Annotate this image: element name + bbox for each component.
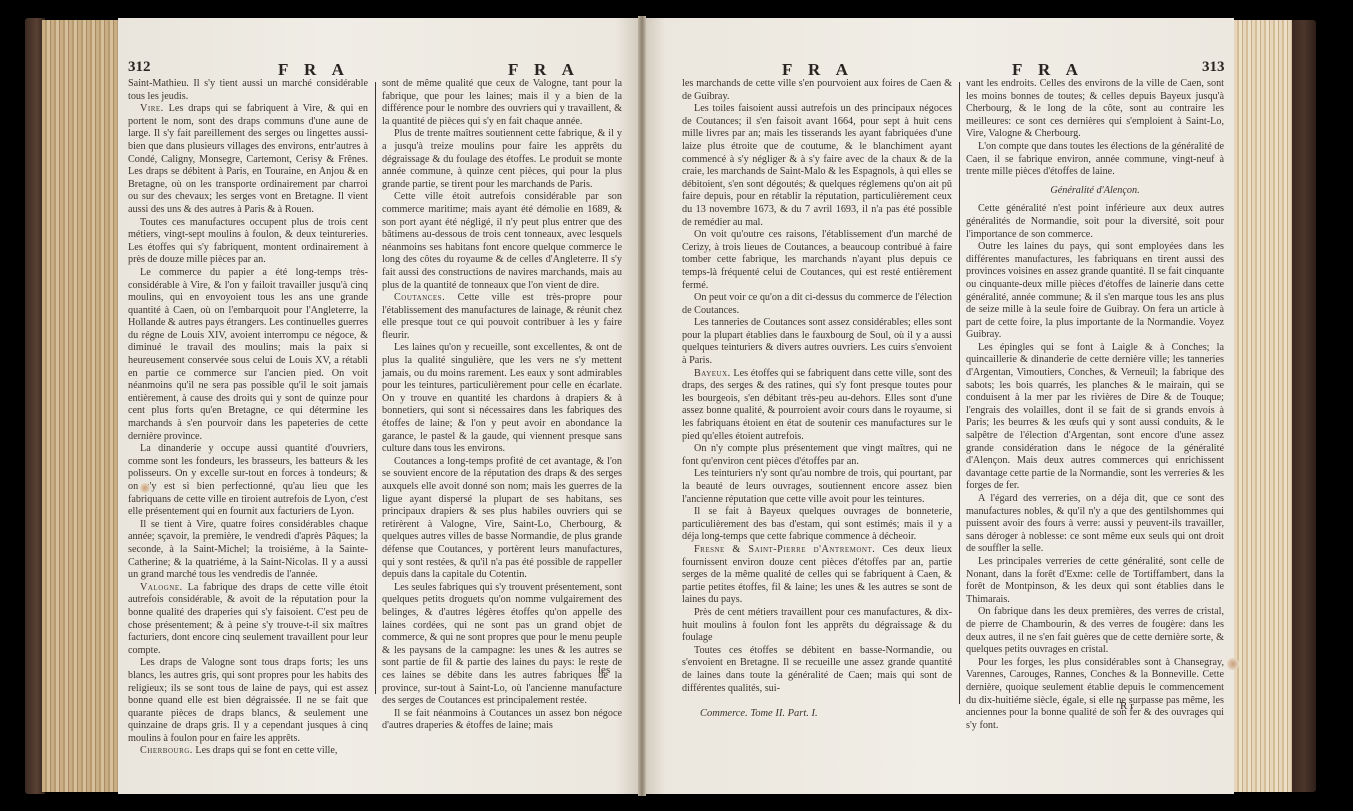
- paragraph: Les principales verreries de cette génér…: [966, 556, 1224, 606]
- right-page-column-1: les marchands de cette ville s'en pourvo…: [682, 78, 952, 695]
- running-head-right-1: F R A: [782, 60, 854, 80]
- paragraph-text: Toutes ces manufactures occupent plus de…: [128, 217, 368, 266]
- running-head-right-2: F R A: [1012, 60, 1084, 80]
- paragraph-text: La dinanderie y occupe aussi quantité d'…: [128, 443, 368, 517]
- paragraph-text: Outre les laines du pays, qui sont emplo…: [966, 241, 1224, 340]
- paragraph-text: On n'y compte plus présentement que ving…: [682, 443, 952, 467]
- paragraph-text: les marchands de cette ville s'en pourvo…: [682, 78, 952, 102]
- entry-term: Cherbourg.: [140, 745, 193, 756]
- paragraph: Valogne. La fabrique des draps de cette …: [128, 582, 368, 658]
- running-head-left-2: F R A: [508, 60, 580, 80]
- paragraph-text: Toutes ces étoffes se débitent en basse-…: [682, 645, 952, 694]
- paragraph: Toutes ces manufactures occupent plus de…: [128, 217, 368, 267]
- paragraph: Il se tient à Vire, quatre foires consid…: [128, 519, 368, 582]
- paragraph: Coutances. Cette ville est très-propre p…: [382, 292, 622, 342]
- paragraph: Toutes ces étoffes se débitent en basse-…: [682, 645, 952, 695]
- book-gutter: [638, 16, 646, 796]
- left-page: 312 F R A F R A Saint-Mathieu. Il s'y ti…: [118, 18, 642, 794]
- paragraph: sont de même qualité que ceux de Valogne…: [382, 78, 622, 128]
- paragraph-text: vant les endroits. Celles des environs d…: [966, 78, 1224, 139]
- entry-term: Fresne & Saint-Pierre d'Antremont.: [694, 544, 875, 555]
- entry-term: Vire.: [140, 103, 164, 114]
- paragraph: Il se fait à Bayeux quelques ouvrages de…: [682, 506, 952, 544]
- paragraph-text: Les draps qui se font en cette ville,: [193, 745, 338, 756]
- paragraph: Les teinturiers n'y sont qu'au nombre de…: [682, 468, 952, 506]
- right-page-edges: [1234, 20, 1294, 792]
- signature-mark: R r: [1120, 700, 1134, 712]
- paragraph-text: Saint-Mathieu. Il s'y tient aussi un mar…: [128, 78, 368, 102]
- paragraph: Cette généralité n'est point inférieure …: [966, 203, 1224, 241]
- entry-term: Valogne.: [140, 582, 183, 593]
- foxing-spot: [140, 483, 150, 493]
- paragraph-text: On peut voir ce qu'on a dit ci-dessus du…: [682, 292, 952, 316]
- paragraph-text: On voit qu'outre ces raisons, l'établiss…: [682, 229, 952, 290]
- running-head-left-1: F R A: [278, 60, 350, 80]
- paragraph-text: Il se fait néanmoins à Coutances un asse…: [382, 708, 622, 732]
- paragraph-text: Les laines qu'on y recueille, sont excel…: [382, 342, 622, 454]
- paragraph-text: sont de même qualité que ceux de Valogne…: [382, 78, 622, 127]
- paragraph: Les seules fabriques qui s'y trouvent pr…: [382, 582, 622, 708]
- paragraph: On fabrique dans les deux premières, des…: [966, 606, 1224, 656]
- paragraph: Les draps de Valogne sont tous draps for…: [128, 657, 368, 745]
- paragraph: Pour les forges, les plus considérables …: [966, 657, 1224, 733]
- paragraph: vant les endroits. Celles des environs d…: [966, 78, 1224, 141]
- paragraph: Bayeux. Les étoffes qui se fabriquent da…: [682, 368, 952, 444]
- right-page-column-2: vant les endroits. Celles des environs d…: [966, 78, 1224, 732]
- paragraph: La dinanderie y occupe aussi quantité d'…: [128, 443, 368, 519]
- paragraph-text: Il se fait à Bayeux quelques ouvrages de…: [682, 506, 952, 542]
- paragraph: Plus de trente maîtres soutiennent cette…: [382, 128, 622, 191]
- paragraph: On peut voir ce qu'on a dit ci-dessus du…: [682, 292, 952, 317]
- paragraph: L'on compte que dans toutes les élection…: [966, 141, 1224, 179]
- left-page-column-2: sont de même qualité que ceux de Valogne…: [382, 78, 622, 733]
- section-subheading: Généralité d'Alençon.: [966, 185, 1224, 198]
- left-page-column-1: Saint-Mathieu. Il s'y tient aussi un mar…: [128, 78, 368, 758]
- paragraph-text: Les seules fabriques qui s'y trouvent pr…: [382, 582, 622, 706]
- paragraph: Vire. Les draps qui se fabriquent à Vire…: [128, 103, 368, 216]
- paragraph: Les toiles faisoient aussi autrefois un …: [682, 103, 952, 229]
- paragraph-text: Pour les forges, les plus considérables …: [966, 657, 1224, 731]
- paragraph: Les tanneries de Coutances sont assez co…: [682, 317, 952, 367]
- paragraph-text: Le commerce du papier a été long-temps t…: [128, 267, 368, 442]
- column-rule: [375, 82, 376, 694]
- paragraph-text: Les draps de Valogne sont tous draps for…: [128, 657, 368, 744]
- catchword: les: [598, 664, 610, 676]
- paragraph: Cette ville étoit autrefois considérable…: [382, 191, 622, 292]
- paragraph-text: Plus de trente maîtres soutiennent cette…: [382, 128, 622, 189]
- paragraph-text: Cette ville étoit autrefois considérable…: [382, 191, 622, 290]
- paragraph: A l'égard des verreries, on a déja dit, …: [966, 493, 1224, 556]
- paragraph: On n'y compte plus présentement que ving…: [682, 443, 952, 468]
- paragraph: Près de cent métiers travaillent pour ce…: [682, 607, 952, 645]
- paragraph-text: Les épingles qui se font à Laigle & à Co…: [966, 342, 1224, 492]
- entry-term: Bayeux.: [694, 368, 731, 379]
- paragraph-text: A l'égard des verreries, on a déja dit, …: [966, 493, 1224, 554]
- right-cover-board: [1292, 20, 1316, 792]
- paragraph-text: Les draps qui se fabriquent à Vire, & qu…: [128, 103, 368, 215]
- paragraph: On voit qu'outre ces raisons, l'établiss…: [682, 229, 952, 292]
- left-page-edges: [42, 20, 118, 792]
- paragraph-text: Les tanneries de Coutances sont assez co…: [682, 317, 952, 366]
- paragraph: Saint-Mathieu. Il s'y tient aussi un mar…: [128, 78, 368, 103]
- paragraph-text: Généralité d'Alençon.: [1050, 185, 1139, 196]
- open-book: 312 F R A F R A Saint-Mathieu. Il s'y ti…: [22, 16, 1324, 798]
- paragraph-text: Il se tient à Vire, quatre foires consid…: [128, 519, 368, 580]
- paragraph-text: On fabrique dans les deux premières, des…: [966, 606, 1224, 655]
- paragraph: Il se fait néanmoins à Coutances un asse…: [382, 708, 622, 733]
- paragraph: Les épingles qui se font à Laigle & à Co…: [966, 342, 1224, 493]
- paragraph: Le commerce du papier a été long-temps t…: [128, 267, 368, 443]
- paragraph: les marchands de cette ville s'en pourvo…: [682, 78, 952, 103]
- paragraph: Cherbourg. Les draps qui se font en cett…: [128, 745, 368, 758]
- paragraph: Coutances a long-temps profité de cet av…: [382, 456, 622, 582]
- page-number-left: 312: [128, 59, 151, 76]
- paragraph-text: Près de cent métiers travaillent pour ce…: [682, 607, 952, 643]
- column-rule: [959, 82, 960, 704]
- paragraph-text: Les principales verreries de cette génér…: [966, 556, 1224, 605]
- paragraph: Fresne & Saint-Pierre d'Antremont. Ces d…: [682, 544, 952, 607]
- foxing-spot: [1227, 658, 1239, 670]
- paragraph-text: Les teinturiers n'y sont qu'au nombre de…: [682, 468, 952, 504]
- entry-term: Coutances.: [394, 292, 445, 303]
- paragraph: Outre les laines du pays, qui sont emplo…: [966, 241, 1224, 342]
- page-number-right: 313: [1202, 59, 1225, 76]
- paragraph-text: Les toiles faisoient aussi autrefois un …: [682, 103, 952, 227]
- paragraph: Les laines qu'on y recueille, sont excel…: [382, 342, 622, 455]
- right-page: F R A F R A 313 les marchands de cette v…: [642, 18, 1234, 794]
- footer-signature-line: Commerce. Tome II. Part. I.: [700, 708, 818, 719]
- paragraph-text: L'on compte que dans toutes les élection…: [966, 141, 1224, 177]
- paragraph-text: Cette généralité n'est point inférieure …: [966, 203, 1224, 239]
- paragraph-text: Coutances a long-temps profité de cet av…: [382, 456, 622, 580]
